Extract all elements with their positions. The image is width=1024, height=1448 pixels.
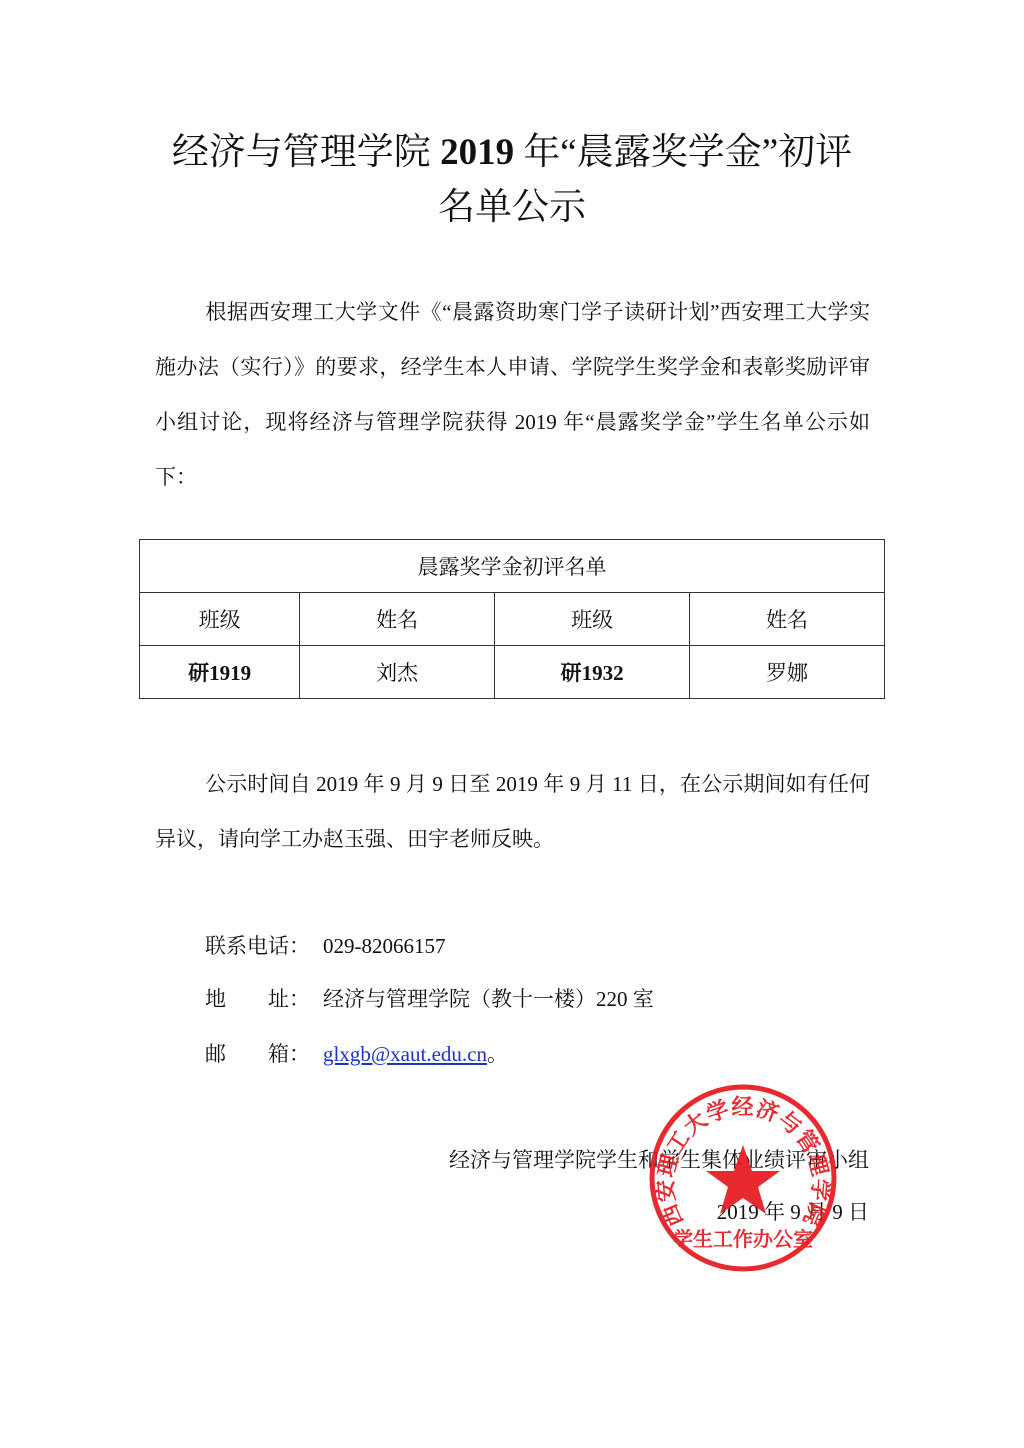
intro-text: 根据西安理工大学文件《“晨露资助寒门学子读研计划”西安理工大学实施办法（实行）》… (155, 300, 870, 489)
title-year: 2019 (440, 132, 514, 173)
cell-class-1: 研1919 (140, 646, 300, 699)
address-label: 地 址： (205, 985, 323, 1013)
email-label: 邮 箱： (205, 1040, 323, 1068)
table-header-row: 班级 姓名 班级 姓名 (140, 593, 885, 646)
notice-paragraph: 公示时间自 2019 年 9 月 9 日至 2019 年 9 月 11 日，在公… (155, 757, 870, 867)
cell-name-2: 罗娜 (690, 646, 885, 699)
header-name-2: 姓名 (690, 593, 885, 646)
title-part1: 经济与管理学院 (172, 132, 440, 173)
phone-value: 029-82066157 (323, 934, 446, 958)
scholarship-table: 晨露奖学金初评名单 班级 姓名 班级 姓名 研1919 刘杰 研1932 罗娜 (139, 539, 885, 699)
phone-label: 联系电话： (205, 932, 323, 960)
cell-name-1: 刘杰 (300, 646, 495, 699)
email-suffix: 。 (487, 1042, 508, 1066)
document-subtitle: 名单公示 (0, 178, 1024, 238)
stamp-bottom-text: 学生工作办公室 (673, 1227, 813, 1251)
header-class-1: 班级 (140, 593, 300, 646)
table-caption: 晨露奖学金初评名单 (140, 540, 885, 593)
header-name-1: 姓名 (300, 593, 495, 646)
contact-address: 地 址：经济与管理学院（教十一楼）220 室 (205, 985, 654, 1013)
address-value: 经济与管理学院（教十一楼）220 室 (323, 987, 654, 1011)
contact-email: 邮 箱：glxgb@xaut.edu.cn。 (205, 1040, 508, 1068)
table-row: 研1919 刘杰 研1932 罗娜 (140, 646, 885, 699)
contact-phone: 联系电话：029-82066157 (205, 932, 446, 960)
header-class-2: 班级 (495, 593, 690, 646)
title-part2: 年“晨露奖学金”初评 (514, 132, 852, 173)
notice-text: 公示时间自 2019 年 9 月 9 日至 2019 年 9 月 11 日，在公… (155, 772, 870, 851)
document-title: 经济与管理学院 2019 年“晨露奖学金”初评 (0, 123, 1024, 183)
stamp-seal-icon: 西安理工大学经济与管理学院 学生工作办公室 (648, 1083, 838, 1273)
cell-class-2: 研1932 (495, 646, 690, 699)
official-stamp: 西安理工大学经济与管理学院 学生工作办公室 (648, 1083, 838, 1273)
email-link[interactable]: glxgb@xaut.edu.cn (323, 1042, 487, 1066)
intro-paragraph: 根据西安理工大学文件《“晨露资助寒门学子读研计划”西安理工大学实施办法（实行）》… (155, 285, 870, 505)
star-icon (706, 1145, 780, 1214)
